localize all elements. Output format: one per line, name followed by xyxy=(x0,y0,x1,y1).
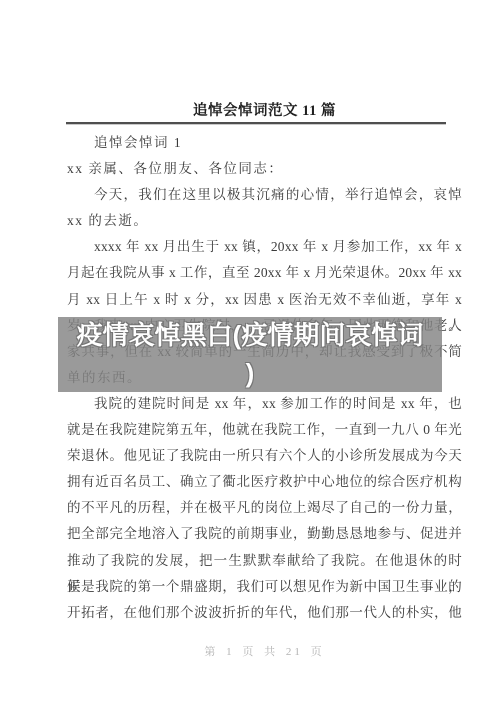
document-line: 就是在我院建院第五年，他就在我院工作，一直到一九八 0 年光 xyxy=(67,417,462,443)
document-page: 追悼会悼词范文 11 篇 追悼会悼词 1xx 亲属、各位朋友、各位同志：今天，我… xyxy=(0,0,500,706)
watermark-text-line1: 疫情哀悼黑白(疫情期间哀悼词 xyxy=(58,317,442,355)
document-line: 荣退休。他见证了我院由一所只有六个人的小诊所发展成为今天 xyxy=(67,443,462,469)
document-line: 今天，我们在这里以极其沉痛的心情，举行追悼会，哀悼 xyxy=(67,182,462,208)
document-line: 追悼会悼词 1 xyxy=(67,130,462,156)
document-line: 开拓者，在他们那个波波折折的年代，他们那一代人的朴实，他 xyxy=(67,600,462,626)
document-line: 我院的建院时间是 xx 年，xx 参加工作的时间是 xx 年，也 xyxy=(67,391,462,417)
document-line: 月起在我院从事 x 工作，直至 20xx 年 x 月光荣退休。20xx 年 xx xyxy=(67,260,462,286)
document-line: xx 的去逝。 xyxy=(67,208,462,234)
document-line: 的不平凡的历程，并在极平凡的岗位上竭尽了自己的一份力量， xyxy=(67,495,462,521)
watermark-text-line2: ) xyxy=(58,355,442,393)
page-title: 追悼会悼词范文 11 篇 xyxy=(67,99,462,120)
document-line: 月 xx 日上午 x 时 x 分，xx 因患 x 医治无效不幸仙逝，享年 x 岁… xyxy=(67,287,462,313)
document-line: 正是我院的第一个鼎盛期，我们可以想见作为新中国卫生事业的 xyxy=(67,574,462,600)
document-line: xxxx 年 xx 月出生于 xx 镇，20xx 年 x 月参加工作，xx 年 … xyxy=(67,234,462,260)
document-line: xx 亲属、各位朋友、各位同志： xyxy=(67,156,462,182)
document-line: 把全部完全地溶入了我院的前期事业，勤勤恳恳地参与、促进并 xyxy=(67,521,462,547)
document-line: 推动了我院的发展，把一生默默奉献给了我院。在他退休的时候， xyxy=(67,548,462,574)
page-footer: 第 1 页 共 21 页 xyxy=(67,643,462,659)
watermark-banner: 疫情哀悼黑白(疫情期间哀悼词 ) xyxy=(58,317,442,392)
document-line: 拥有近百名员工、确立了衢北医疗救护中心地位的综合医疗机构 xyxy=(67,469,462,495)
title-divider xyxy=(66,122,446,125)
